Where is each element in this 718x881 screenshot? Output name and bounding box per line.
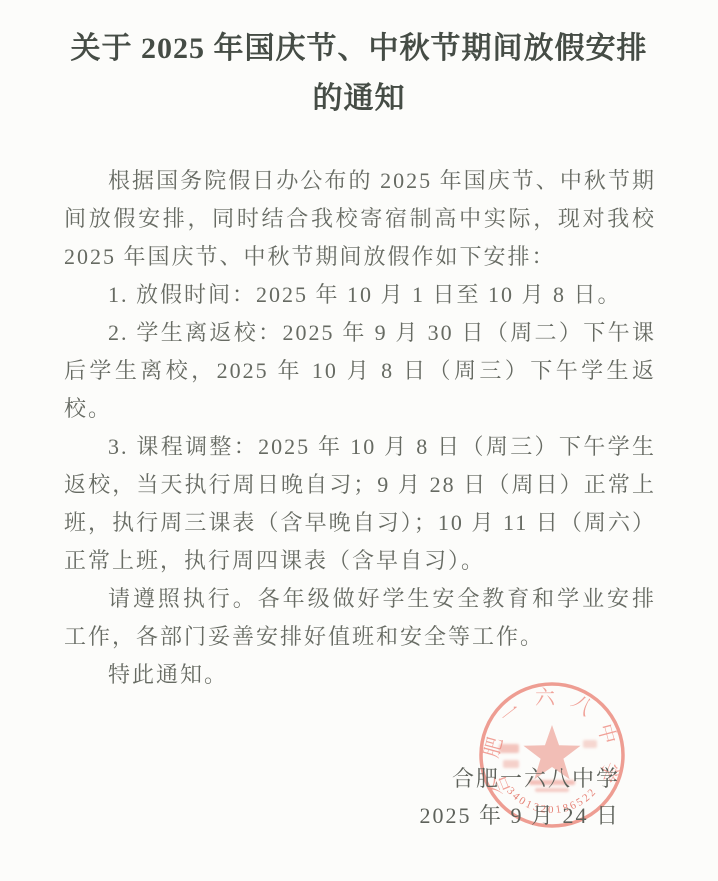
notice-title-line1: 关于 2025 年国庆节、中秋节期间放假安排 xyxy=(0,24,718,74)
signature-date: 2025 年 9 月 24 日 xyxy=(0,797,620,834)
paragraph-hereby: 特此通知。 xyxy=(64,656,656,694)
paragraph-closing: 请遵照执行。各年级做好学生安全教育和学业安排工作，各部门妥善安排好值班和安全等工… xyxy=(64,580,656,656)
notice-title: 关于 2025 年国庆节、中秋节期间放假安排 的通知 xyxy=(0,0,718,124)
paragraph-intro: 根据国务院假日办公布的 2025 年国庆节、中秋节期间放假安排，同时结合我校寄宿… xyxy=(64,162,656,276)
notice-title-line2: 的通知 xyxy=(0,74,718,124)
paragraph-item-1: 1. 放假时间：2025 年 10 月 1 日至 10 月 8 日。 xyxy=(64,276,656,314)
paragraph-item-3: 3. 课程调整：2025 年 10 月 8 日（周三）下午学生返校，当天执行周日… xyxy=(64,428,656,580)
notice-body: 根据国务院假日办公布的 2025 年国庆节、中秋节期间放假安排，同时结合我校寄宿… xyxy=(64,162,656,694)
signature-school-name: 合肥一六八中学 xyxy=(0,760,620,797)
notice-document: 关于 2025 年国庆节、中秋节期间放假安排 的通知 根据国务院假日办公布的 2… xyxy=(0,0,718,881)
signature-block: 合肥一六八中学 2025 年 9 月 24 日 xyxy=(0,760,620,834)
paragraph-item-2: 2. 学生离返校：2025 年 9 月 30 日（周二）下午课后学生离校，202… xyxy=(64,314,656,428)
